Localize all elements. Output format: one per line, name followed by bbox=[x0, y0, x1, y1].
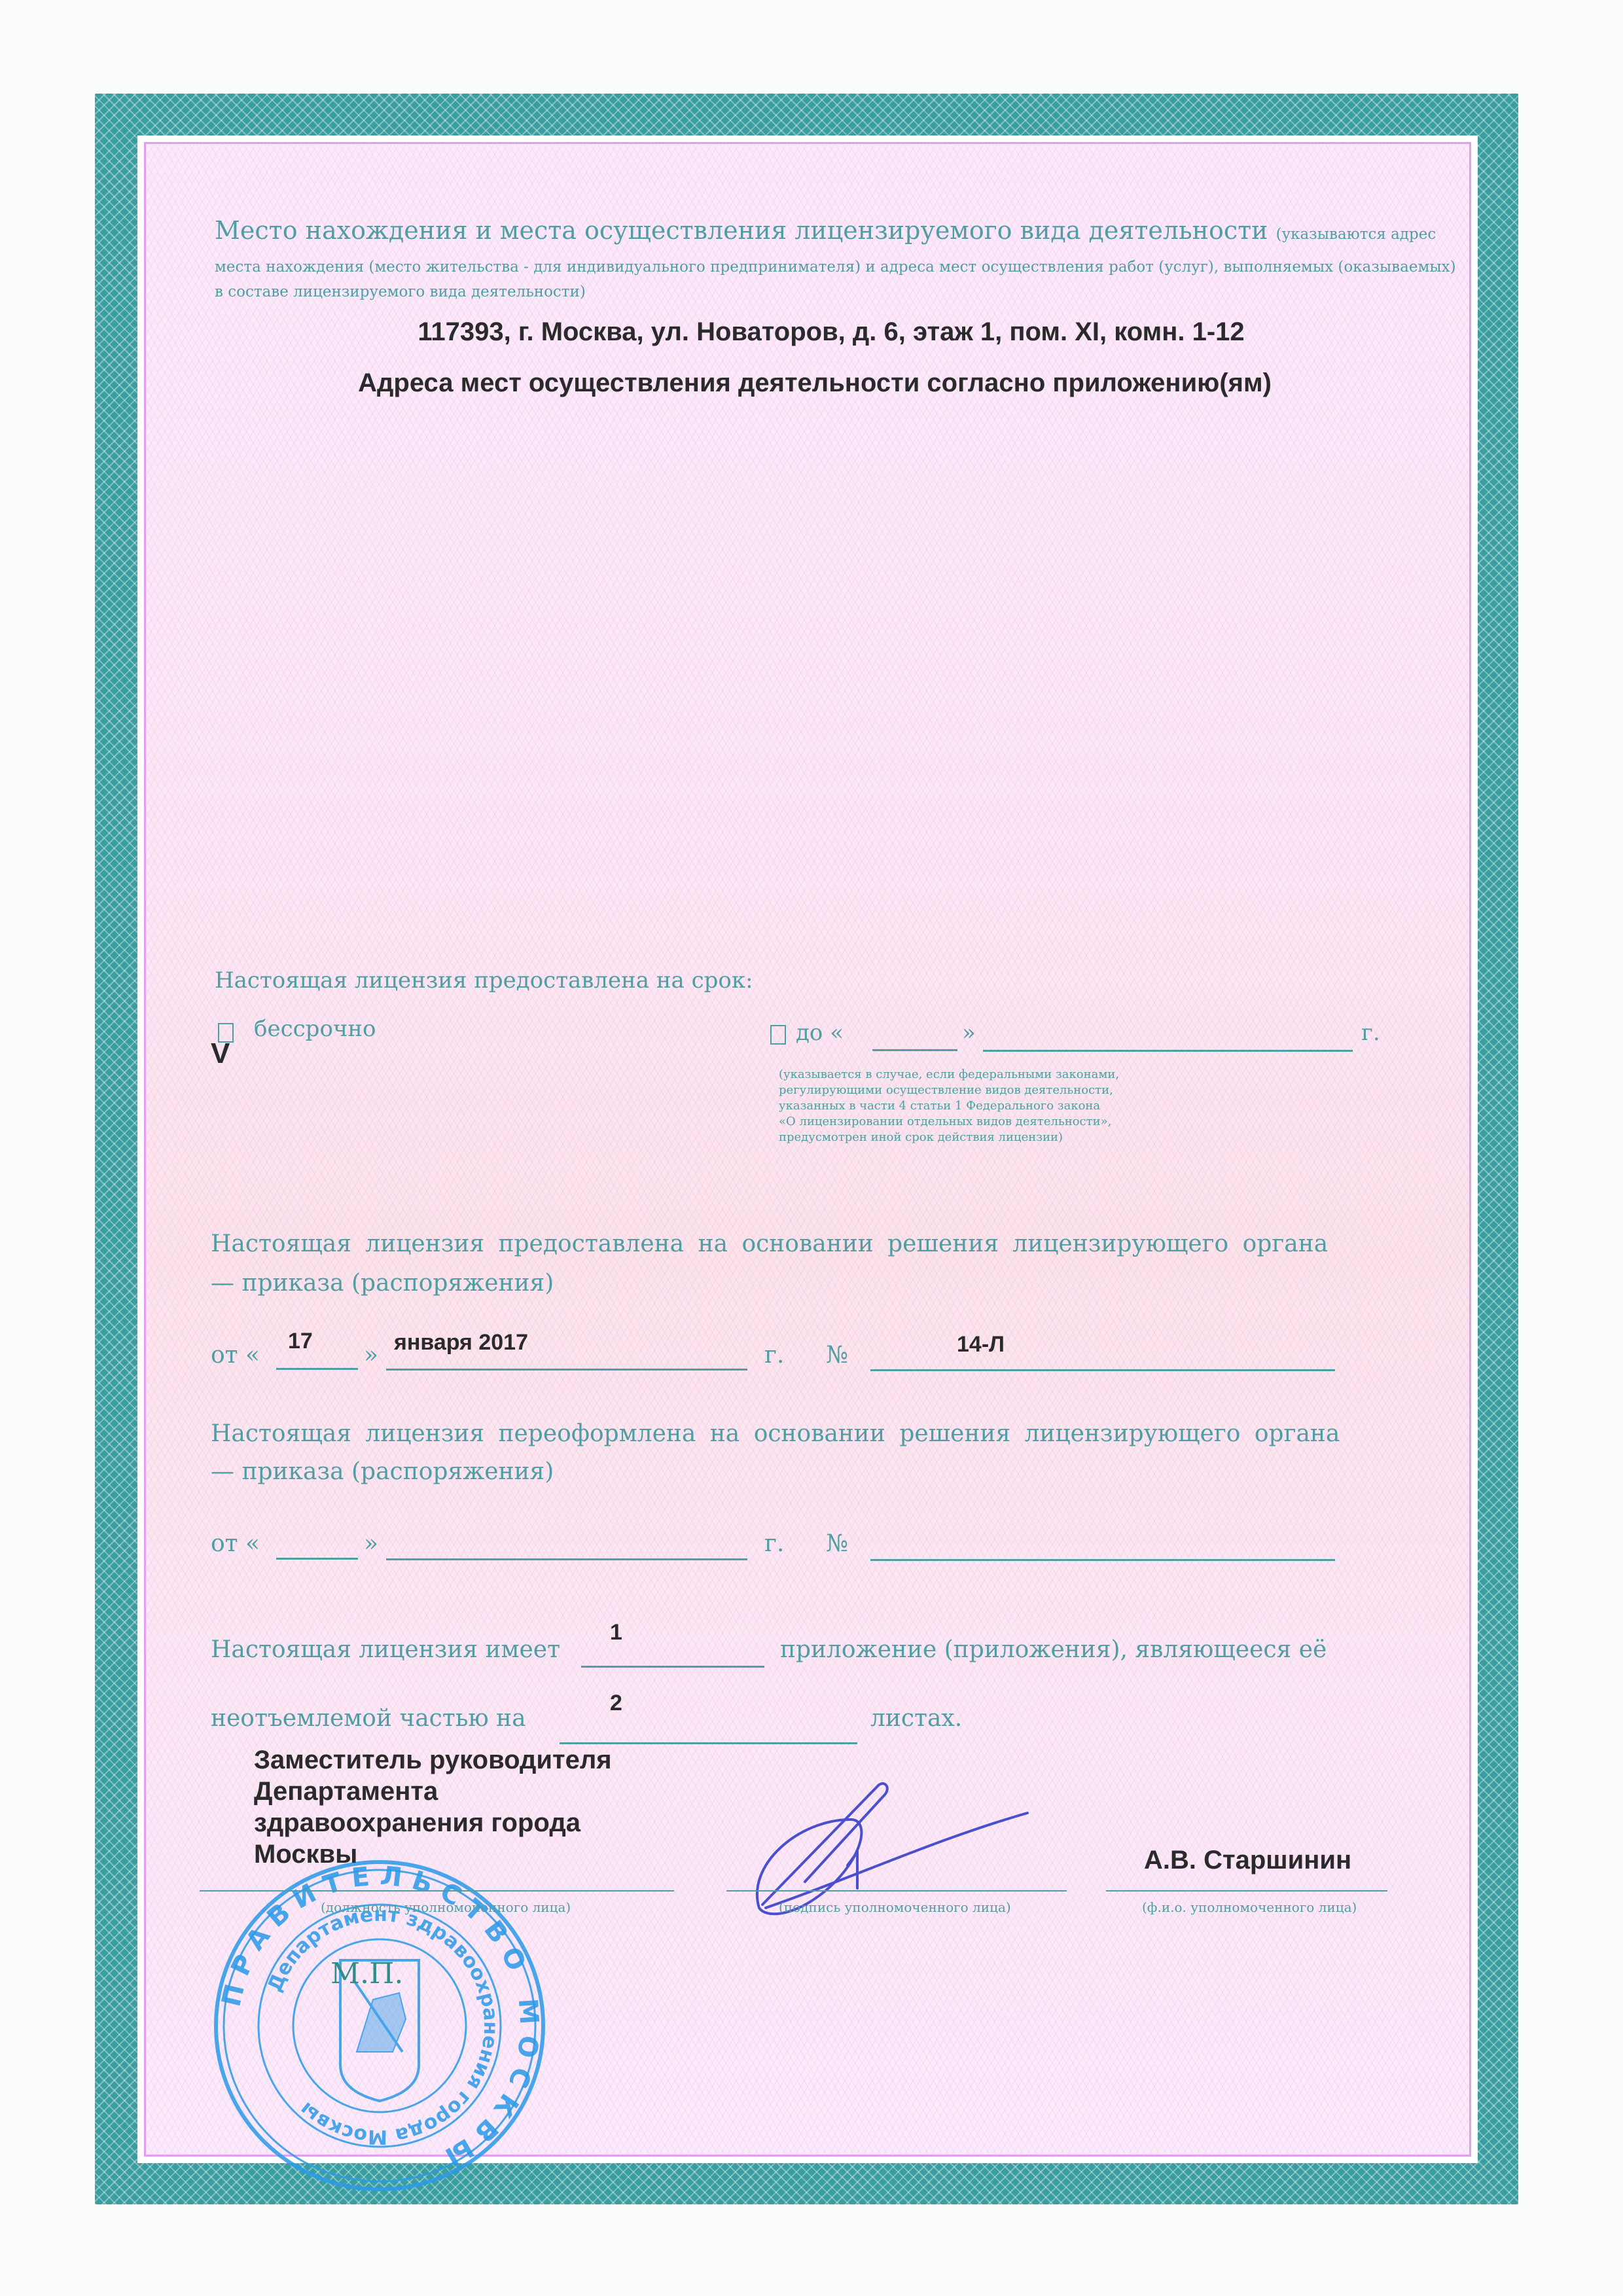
until-day-field[interactable] bbox=[872, 1049, 957, 1051]
granted-day: 17 bbox=[288, 1329, 313, 1354]
granted-from-label: от « bbox=[211, 1342, 260, 1369]
check-mark-icon: V bbox=[211, 1037, 230, 1070]
reissued-from-label: от « bbox=[211, 1530, 260, 1557]
unlimited-label: бессрочно bbox=[254, 1016, 376, 1042]
signature-caption: (подпись уполномоченного лица) bbox=[779, 1899, 1011, 1915]
sheet-count: 2 bbox=[610, 1691, 622, 1716]
granted-line2: — приказа (распоряжения) bbox=[211, 1270, 554, 1297]
seal-mark-label: М.П. bbox=[330, 1957, 403, 1990]
signature-line bbox=[726, 1890, 1067, 1892]
term-note-line: указанных в части 4 статьи 1 Федеральног… bbox=[779, 1098, 1119, 1114]
signer-position-line: Москвы bbox=[254, 1839, 612, 1870]
name-line bbox=[1106, 1890, 1387, 1892]
activity-addresses: Адреса мест осуществления деятельности с… bbox=[0, 368, 1623, 398]
granted-number: 14-Л bbox=[957, 1332, 1005, 1357]
location-heading-note: (указываются адрес bbox=[1276, 226, 1436, 243]
location-heading-text: Место нахождения и места осуществления л… bbox=[215, 216, 1268, 245]
reissued-line2: — приказа (распоряжения) bbox=[211, 1458, 554, 1485]
appendix-line1-suffix: приложение (приложения), являющееся её bbox=[780, 1636, 1327, 1663]
signer-position-line: Заместитель руководителя bbox=[254, 1744, 612, 1776]
reissued-year-label: г. bbox=[764, 1530, 784, 1557]
granted-number-field[interactable] bbox=[870, 1369, 1335, 1371]
term-note-line: предусмотрен иной срок действия лицензии… bbox=[779, 1130, 1119, 1145]
signer-name: А.В. Старшинин bbox=[1144, 1846, 1351, 1875]
signer-position-line: Департамента bbox=[254, 1776, 612, 1807]
position-caption: (должность уполномоченного лица) bbox=[321, 1899, 571, 1915]
term-label: Настоящая лицензия предоставлена на срок… bbox=[215, 967, 753, 994]
granted-day-field[interactable] bbox=[276, 1368, 358, 1370]
position-line bbox=[200, 1890, 674, 1892]
granted-number-label: № bbox=[826, 1342, 848, 1369]
appendix-count-field[interactable] bbox=[581, 1666, 764, 1668]
granted-year-label: г. bbox=[764, 1342, 784, 1369]
appendix-line2-prefix: неотъемлемой частью на bbox=[211, 1705, 526, 1732]
reissued-number-label: № bbox=[826, 1530, 848, 1557]
appendix-line1-prefix: Настоящая лицензия имеет bbox=[211, 1636, 560, 1663]
appendix-count: 1 bbox=[610, 1620, 622, 1645]
reissued-month-year-field[interactable] bbox=[386, 1558, 747, 1560]
term-note-line: (указывается в случае, если федеральными… bbox=[779, 1067, 1119, 1083]
until-month-year-field[interactable] bbox=[983, 1050, 1353, 1052]
name-caption: (ф.и.о. уполномоченного лица) bbox=[1142, 1899, 1357, 1915]
granted-month-year: января 2017 bbox=[394, 1330, 528, 1355]
location-note-line2: места нахождения (место жительства - для… bbox=[215, 259, 1456, 276]
reissued-number-field[interactable] bbox=[870, 1559, 1335, 1561]
license-address: 117393, г. Москва, ул. Новаторов, д. 6, … bbox=[0, 317, 1623, 347]
reissued-day-field[interactable] bbox=[276, 1558, 358, 1560]
location-heading: Место нахождения и места осуществления л… bbox=[215, 216, 1436, 245]
term-note-line: регулирующими осуществление видов деятел… bbox=[779, 1083, 1119, 1098]
term-note-line: «О лицензировании отдельных видов деятел… bbox=[779, 1114, 1119, 1130]
appendix-line2-suffix: листах. bbox=[870, 1705, 962, 1732]
granted-quote-close: » bbox=[364, 1342, 378, 1369]
signer-position-line: здравоохранения города bbox=[254, 1807, 612, 1839]
granted-line1: Настоящая лицензия предоставлена на осно… bbox=[211, 1230, 1328, 1257]
term-note: (указывается в случае, если федеральными… bbox=[779, 1067, 1119, 1145]
reissued-quote-close: » bbox=[364, 1530, 378, 1557]
until-quote-close: » bbox=[962, 1020, 976, 1046]
until-prefix: до « bbox=[796, 1020, 844, 1046]
signer-position: Заместитель руководителя Департамента зд… bbox=[254, 1744, 612, 1870]
reissued-line1: Настоящая лицензия переоформлена на осно… bbox=[211, 1420, 1340, 1447]
until-date-checkbox[interactable] bbox=[770, 1025, 786, 1045]
location-note-line3: в составе лицензируемого вида деятельнос… bbox=[215, 283, 586, 300]
granted-month-year-field[interactable] bbox=[386, 1369, 747, 1371]
until-year-suffix: г. bbox=[1361, 1020, 1380, 1046]
